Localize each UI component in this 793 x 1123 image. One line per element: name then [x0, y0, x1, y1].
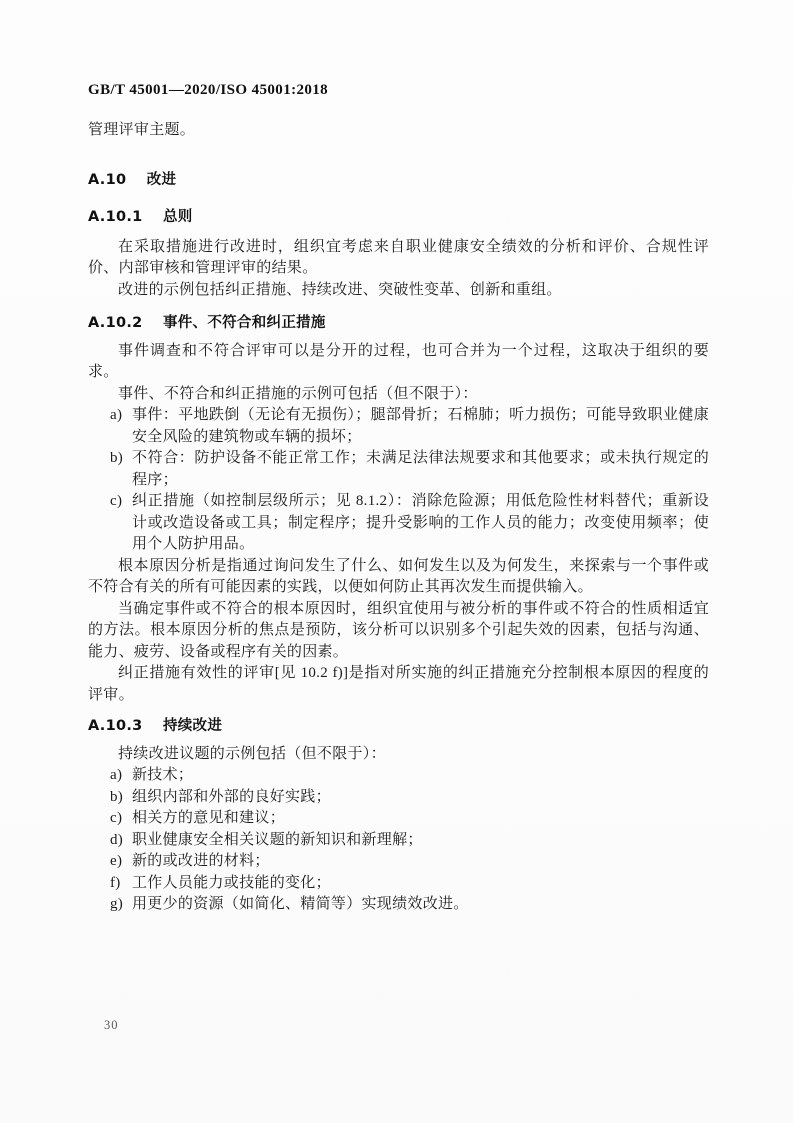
list-item: f) 工作人员能力或技能的变化；: [88, 873, 709, 895]
list-item: e) 新的或改进的材料；: [88, 851, 709, 873]
list-marker: b): [110, 448, 123, 470]
list-item: g) 用更少的资源（如简化、精简等）实现绩效改进。: [88, 894, 709, 916]
paragraph: 在采取措施进行改进时，组织宜考虑来自职业健康安全绩效的分析和评价、合规性评价、内…: [88, 237, 709, 280]
paragraph: 持续改进议题的示例包括（但不限于）：: [88, 744, 709, 766]
list-item-text: 相关方的意见和建议；: [132, 810, 285, 826]
list-marker: c): [110, 491, 122, 513]
section-number: A.10.1: [88, 207, 143, 229]
incident-examples-list: a) 事件：平地跌倒（无论有无损伤）；腿部骨折；石棉肺；听力损伤；可能导致职业健…: [88, 405, 709, 556]
list-marker: f): [110, 873, 121, 895]
running-header: GB/T 45001—2020/ISO 45001:2018: [88, 82, 709, 98]
paragraph: 当确定事件或不符合的根本原因时，组织宜使用与被分析的事件或不符合的性质相适宜的方…: [88, 599, 709, 664]
list-item-text: 工作人员能力或技能的变化；: [132, 875, 331, 891]
list-item: c) 纠正措施（如控制层级所示；见 8.1.2）：消除危险源；用低危险性材料替代…: [88, 491, 709, 556]
section-title: 持续改进: [163, 716, 222, 738]
list-marker: a): [110, 405, 122, 427]
section-number: A.10.2: [88, 313, 143, 335]
list-item-text: 组织内部和外部的良好实践；: [132, 789, 331, 805]
list-marker: d): [110, 830, 123, 852]
list-item: a) 新技术；: [88, 765, 709, 787]
section-title: 改进: [147, 170, 177, 192]
section-title: 总则: [163, 207, 193, 229]
section-number: A.10: [88, 170, 126, 192]
section-heading-a10-3: A.10.3 持续改进: [88, 716, 709, 738]
paragraph: 事件调查和不符合评审可以是分开的过程，也可合并为一个过程，这取决于组织的要求。: [88, 341, 709, 384]
list-marker: a): [110, 765, 122, 787]
list-marker: c): [110, 808, 122, 830]
intro-paragraph: 管理评审主题。: [88, 120, 709, 142]
list-item-text: 用更少的资源（如简化、精简等）实现绩效改进。: [132, 896, 469, 912]
list-marker: g): [110, 894, 123, 916]
list-item: c) 相关方的意见和建议；: [88, 808, 709, 830]
list-item-text: 新的或改进的材料；: [132, 853, 270, 869]
section-heading-a10: A.10 改进: [88, 170, 709, 192]
page-number: 30: [104, 1018, 119, 1033]
list-marker: e): [110, 851, 122, 873]
list-item: b) 组织内部和外部的良好实践；: [88, 787, 709, 809]
section-heading-a10-2: A.10.2 事件、不符合和纠正措施: [88, 313, 709, 335]
list-item: b) 不符合：防护设备不能正常工作；未满足法律法规要求和其他要求；或未执行规定的…: [88, 448, 709, 491]
section-number: A.10.3: [88, 716, 143, 738]
paragraph: 纠正措施有效性的评审[见 10.2 f)]是指对所实施的纠正措施充分控制根本原因…: [88, 663, 709, 706]
section-heading-a10-1: A.10.1 总则: [88, 207, 709, 229]
list-item: a) 事件：平地跌倒（无论有无损伤）；腿部骨折；石棉肺；听力损伤；可能导致职业健…: [88, 405, 709, 448]
list-item-text: 职业健康安全相关议题的新知识和新理解；: [132, 832, 423, 848]
list-marker: b): [110, 787, 123, 809]
list-item: d) 职业健康安全相关议题的新知识和新理解；: [88, 830, 709, 852]
document-page: GB/T 45001—2020/ISO 45001:2018 管理评审主题。 A…: [0, 0, 793, 1123]
continual-improvement-list: a) 新技术； b) 组织内部和外部的良好实践； c) 相关方的意见和建议； d…: [88, 765, 709, 916]
list-item-text: 纠正措施（如控制层级所示；见 8.1.2）：消除危险源；用低危险性材料替代；重新…: [132, 493, 709, 552]
paragraph: 事件、不符合和纠正措施的示例可包括（但不限于）：: [88, 384, 709, 406]
list-item-text: 新技术；: [132, 767, 193, 783]
section-title: 事件、不符合和纠正措施: [163, 313, 326, 335]
list-item-text: 事件：平地跌倒（无论有无损伤）；腿部骨折；石棉肺；听力损伤；可能导致职业健康安全…: [132, 407, 709, 445]
list-item-text: 不符合：防护设备不能正常工作；未满足法律法规要求和其他要求；或未执行规定的程序；: [132, 450, 709, 488]
paragraph: 根本原因分析是指通过询问发生了什么、如何发生以及为何发生，来探索与一个事件或不符…: [88, 556, 709, 599]
paragraph: 改进的示例包括纠正措施、持续改进、突破性变革、创新和重组。: [88, 280, 709, 302]
